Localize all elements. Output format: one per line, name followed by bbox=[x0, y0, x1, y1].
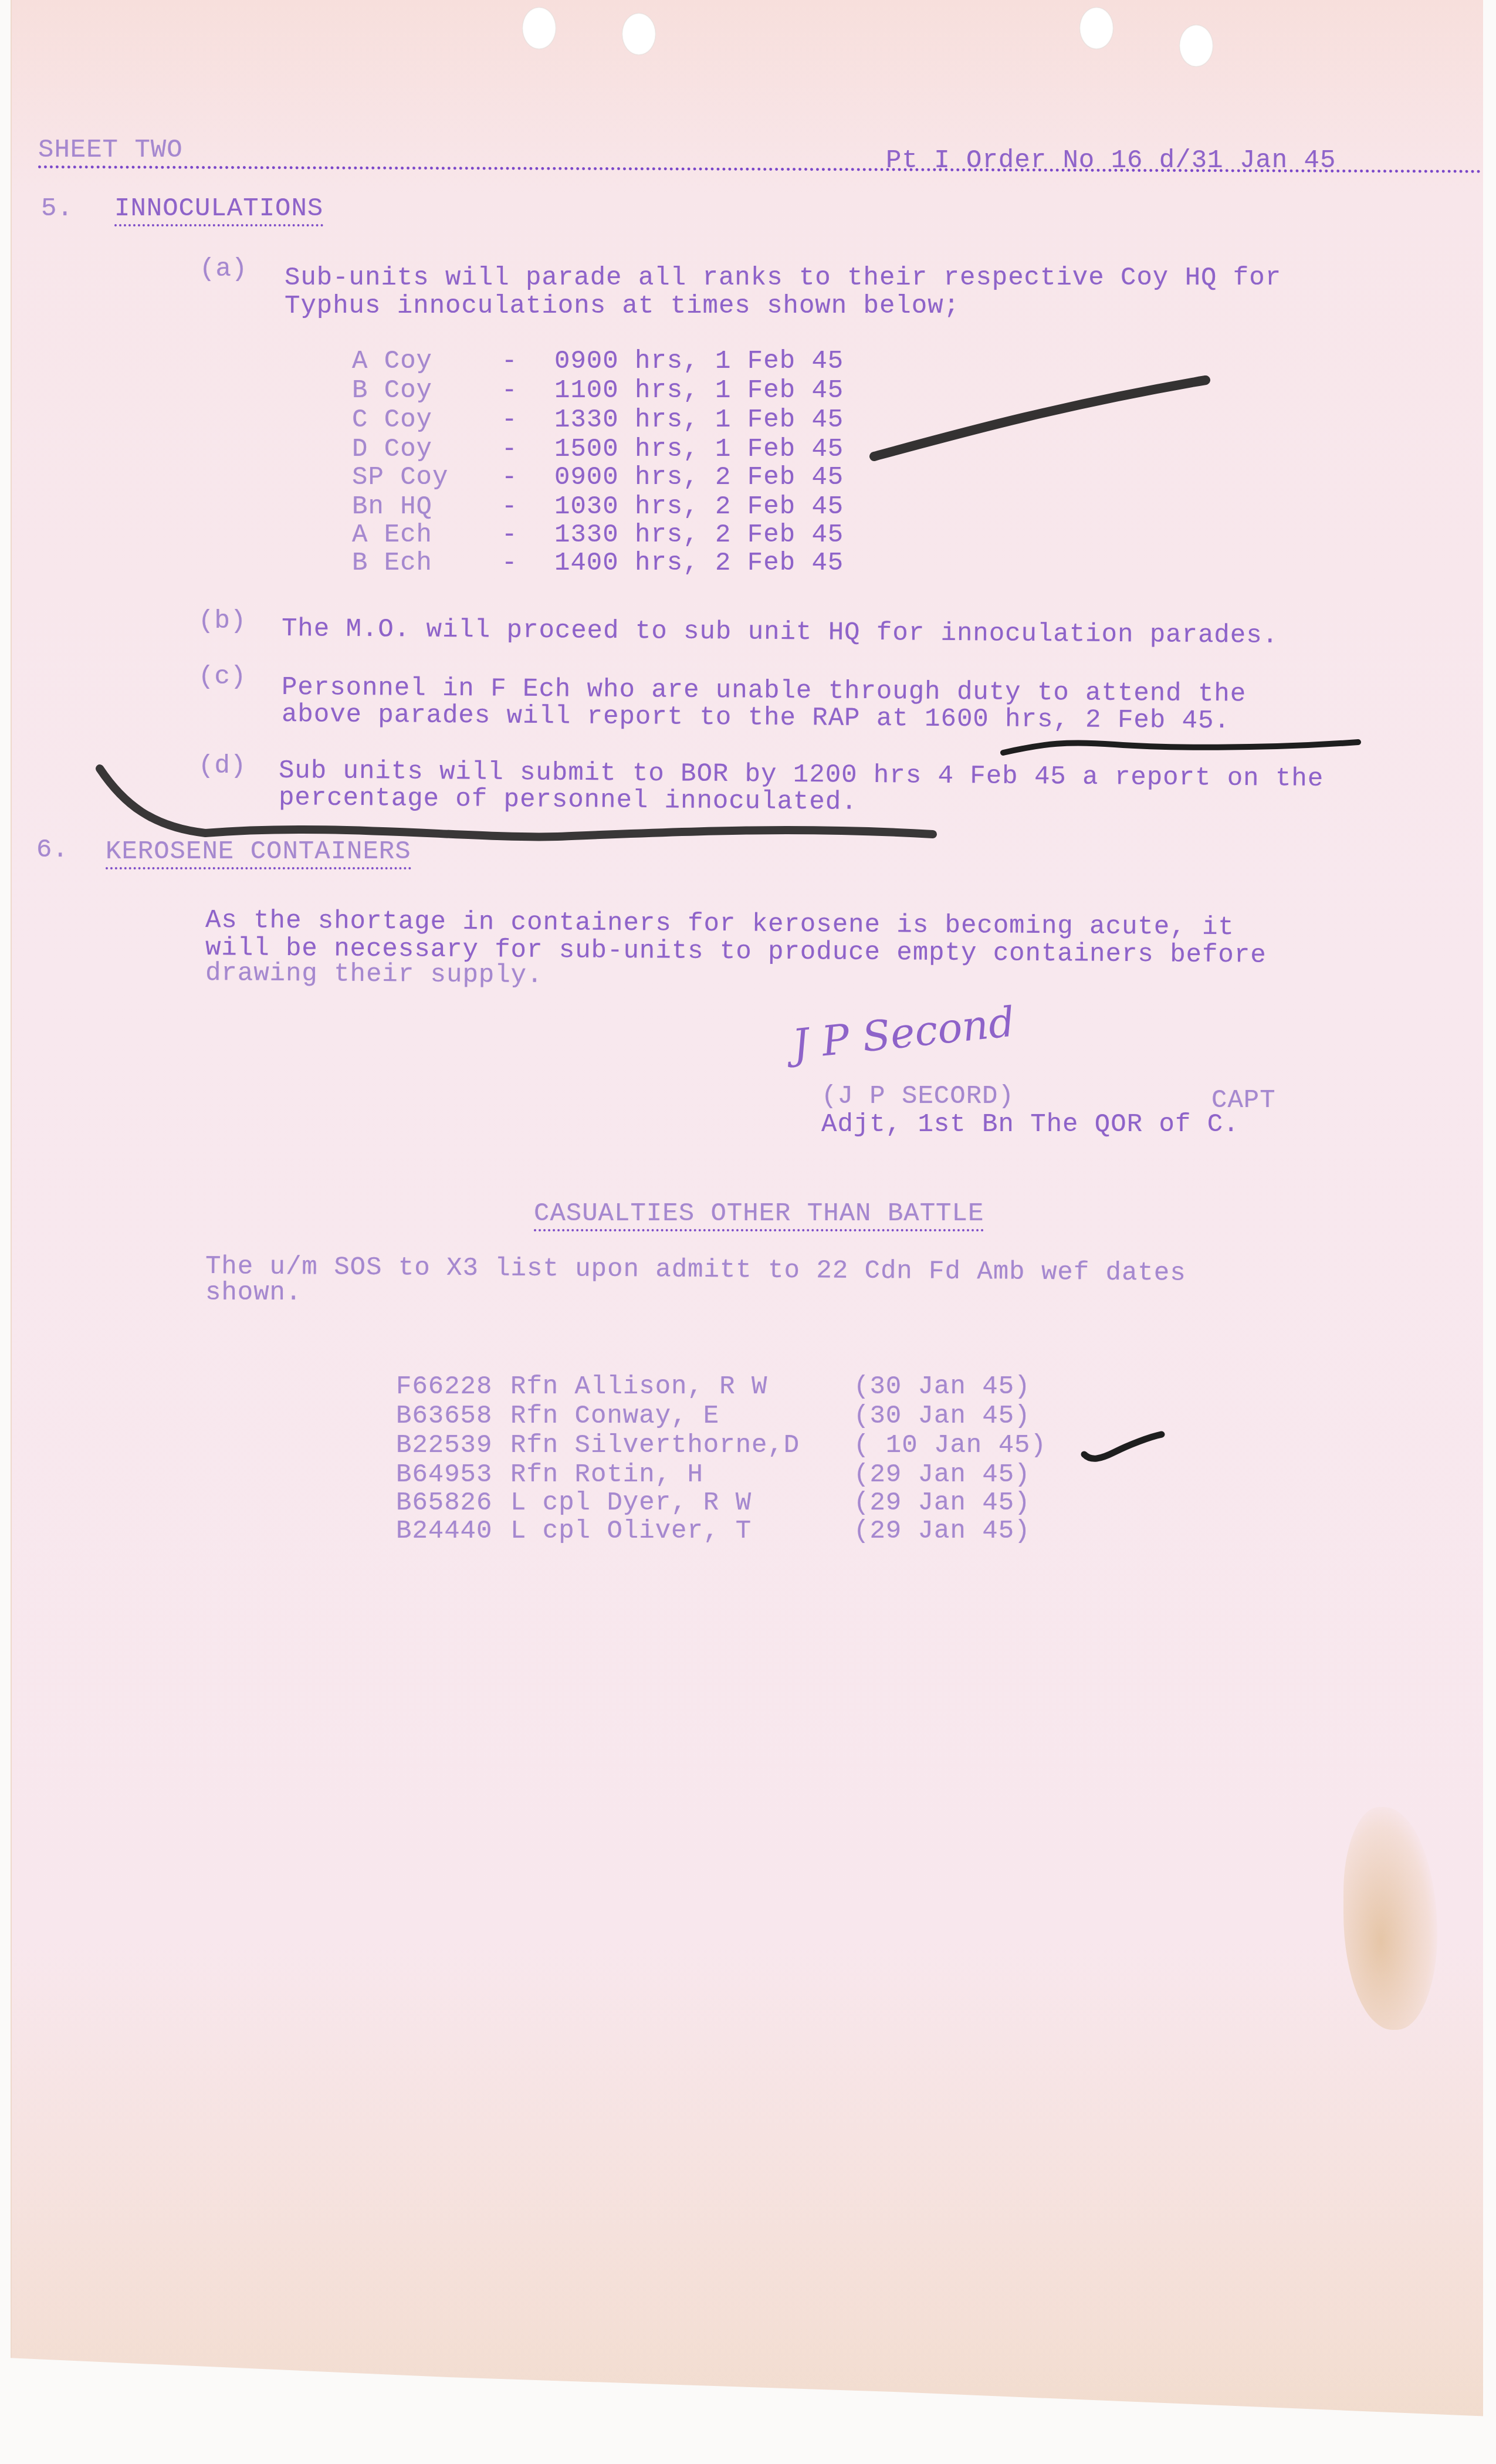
casualty-date: ( 10 Jan 45) bbox=[854, 1431, 1047, 1460]
schedule-unit: A Coy bbox=[352, 347, 432, 375]
section-6-number: 6. bbox=[36, 836, 69, 864]
punch-hole-2 bbox=[622, 13, 656, 55]
schedule-time: 1400 hrs, 2 Feb 45 bbox=[554, 549, 844, 577]
section-6-title: KEROSENE CONTAINERS bbox=[106, 838, 411, 869]
casualty-date: (29 Jan 45) bbox=[854, 1517, 1030, 1545]
casualty-number: F66228 bbox=[396, 1373, 492, 1401]
casualty-date: (30 Jan 45) bbox=[854, 1373, 1030, 1401]
para-d-line2: percentage of personnel innoculated. bbox=[279, 784, 858, 817]
casualty-name: L cpl Dyer, R W bbox=[510, 1489, 752, 1517]
para-c-line2: above parades will report to the RAP at … bbox=[282, 700, 1230, 735]
para-a-line1: Sub-units will parade all ranks to their… bbox=[285, 264, 1281, 292]
schedule-unit: B Coy bbox=[352, 377, 432, 405]
schedule-time: 0900 hrs, 2 Feb 45 bbox=[554, 463, 844, 492]
punch-hole-1 bbox=[522, 7, 556, 49]
casualty-date: (30 Jan 45) bbox=[854, 1402, 1030, 1430]
casualty-number: B65826 bbox=[396, 1489, 492, 1517]
para-b-label: (b) bbox=[198, 607, 246, 635]
schedule-unit: SP Coy bbox=[352, 463, 448, 492]
schedule-time: 1500 hrs, 1 Feb 45 bbox=[554, 435, 844, 463]
punch-hole-4 bbox=[1179, 25, 1213, 67]
casualty-number: B64953 bbox=[396, 1461, 492, 1489]
schedule-time: 1330 hrs, 2 Feb 45 bbox=[554, 521, 844, 549]
section-5-number: 5. bbox=[41, 195, 73, 223]
casualty-date: (29 Jan 45) bbox=[854, 1489, 1030, 1517]
signatory-name: (J P SECORD) bbox=[821, 1082, 1014, 1111]
water-stain bbox=[1343, 1807, 1437, 2030]
schedule-unit: B Ech bbox=[352, 549, 432, 577]
schedule-sep: - bbox=[502, 435, 517, 463]
schedule-sep: - bbox=[502, 406, 517, 434]
schedule-sep: - bbox=[502, 521, 517, 549]
casualty-number: B63658 bbox=[396, 1402, 492, 1430]
schedule-unit: C Coy bbox=[352, 406, 432, 434]
para-a-line2: Typhus innoculations at times shown belo… bbox=[285, 292, 960, 320]
schedule-time: 1030 hrs, 2 Feb 45 bbox=[554, 493, 844, 521]
schedule-time: 1100 hrs, 1 Feb 45 bbox=[554, 377, 844, 405]
section-5-title: INNOCULATIONS bbox=[114, 195, 323, 226]
schedule-unit: A Ech bbox=[352, 521, 432, 549]
schedule-time: 1330 hrs, 1 Feb 45 bbox=[554, 406, 844, 434]
signatory-appointment: Adjt, 1st Bn The QOR of C. bbox=[821, 1111, 1240, 1139]
section-6-line3: drawing their supply. bbox=[205, 959, 543, 990]
casualty-name: Rfn Allison, R W bbox=[510, 1373, 767, 1401]
schedule-sep: - bbox=[502, 463, 517, 492]
casualty-name: L cpl Oliver, T bbox=[510, 1517, 752, 1545]
casualties-intro-line1: The u/m SOS to X3 list upon admitt to 22… bbox=[205, 1253, 1186, 1288]
casualty-name: Rfn Rotin, H bbox=[510, 1461, 703, 1489]
para-b-line1: The M.O. will proceed to sub unit HQ for… bbox=[282, 615, 1278, 650]
checkmark-icon bbox=[1079, 1429, 1167, 1470]
schedule-unit: Bn HQ bbox=[352, 493, 432, 521]
para-a-label: (a) bbox=[199, 255, 248, 283]
punch-hole-3 bbox=[1079, 7, 1113, 49]
schedule-sep: - bbox=[502, 377, 517, 405]
casualty-date: (29 Jan 45) bbox=[854, 1461, 1030, 1489]
casualties-intro-line2: shown. bbox=[205, 1279, 302, 1307]
schedule-sep: - bbox=[502, 347, 517, 375]
sheet-label: SHEET TWO bbox=[38, 136, 183, 164]
casualty-name: Rfn Conway, E bbox=[510, 1402, 719, 1430]
casualty-name: Rfn Silverthorne,D bbox=[510, 1431, 800, 1460]
schedule-time: 0900 hrs, 1 Feb 45 bbox=[554, 347, 844, 375]
para-d-label: (d) bbox=[198, 752, 246, 780]
schedule-sep: - bbox=[502, 493, 517, 521]
casualty-number: B22539 bbox=[396, 1431, 492, 1460]
schedule-sep: - bbox=[502, 549, 517, 577]
para-c-label: (c) bbox=[198, 663, 246, 691]
casualties-title: CASUALTIES OTHER THAN BATTLE bbox=[534, 1200, 984, 1231]
document-sheet: SHEET TWO Pt I Order No 16 d/31 Jan 45 5… bbox=[11, 0, 1483, 2426]
handwritten-signature: J P Second bbox=[790, 997, 1017, 1068]
pencil-strike-schedule bbox=[868, 370, 1220, 463]
schedule-unit: D Coy bbox=[352, 435, 432, 463]
casualty-number: B24440 bbox=[396, 1517, 492, 1545]
